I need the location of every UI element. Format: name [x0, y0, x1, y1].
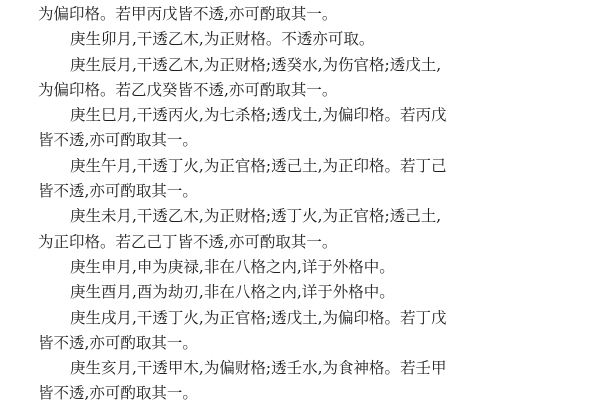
paragraph-line: 庚生巳月,干透丙火,为七杀格;透戊土,为偏印格。若丙戊 [38, 103, 498, 128]
text-line: 皆不透,亦可酌取其一。 [38, 331, 498, 356]
paragraph-line: 庚生午月,干透丁火,为正官格;透己土,为正印格。若丁己 [38, 154, 498, 179]
text-line: 皆不透,亦可酌取其一。 [38, 179, 498, 204]
text-line: 皆不透,亦可酌取其一。 [38, 128, 498, 153]
text-line: 为偏印格。若乙戊癸皆不透,亦可酌取其一。 [38, 78, 498, 103]
paragraph-line: 庚生申月,申为庚禄,非在八格之内,详于外格中。 [38, 255, 498, 280]
paragraph-line: 庚生辰月,干透乙木,为正财格;透癸水,为伤官格;透戊土, [38, 53, 498, 78]
text-line: 皆不透,亦可酌取其一。 [38, 381, 498, 400]
text-line: 为偏印格。若甲丙戊皆不透,亦可酌取其一。 [38, 2, 498, 27]
text-line: 为正印格。若乙己丁皆不透,亦可酌取其一。 [38, 230, 498, 255]
paragraph-line: 庚生酉月,酉为劫刃,非在八格之内,详于外格中。 [38, 280, 498, 305]
paragraph-line: 庚生卯月,干透乙木,为正财格。不透亦可取。 [38, 27, 498, 52]
paragraph-line: 庚生亥月,干透甲木,为偏财格;透壬水,为食神格。若壬甲 [38, 356, 498, 381]
document-page: 为偏印格。若甲丙戊皆不透,亦可酌取其一。 庚生卯月,干透乙木,为正财格。不透亦可… [38, 2, 498, 400]
paragraph-line: 庚生未月,干透乙木,为正财格;透丁火,为正官格;透己土, [38, 204, 498, 229]
paragraph-line: 庚生戌月,干透丁火,为正官格;透戊土,为偏印格。若丁戊 [38, 306, 498, 331]
